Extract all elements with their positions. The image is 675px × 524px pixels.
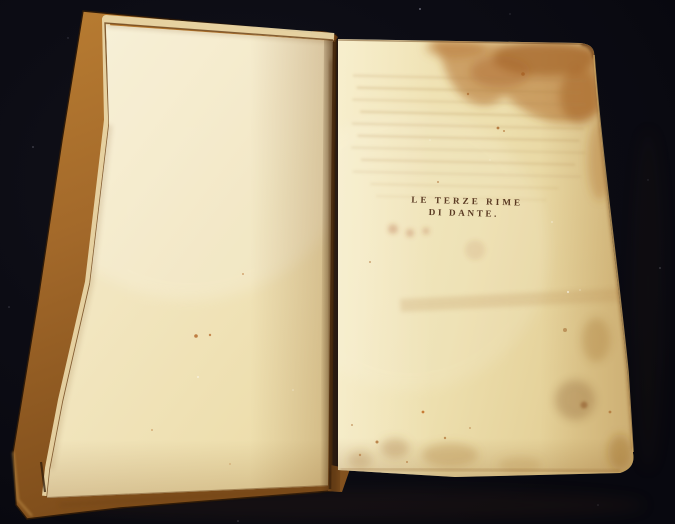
book-side-shadow	[632, 130, 664, 470]
book-photo: LE TERZE RIME DI DANTE.	[0, 0, 675, 524]
gutter-soft-shadow	[330, 60, 332, 470]
book-photo-canvas: LE TERZE RIME DI DANTE.	[0, 0, 675, 524]
title-line-2: DI DANTE.	[429, 207, 500, 219]
